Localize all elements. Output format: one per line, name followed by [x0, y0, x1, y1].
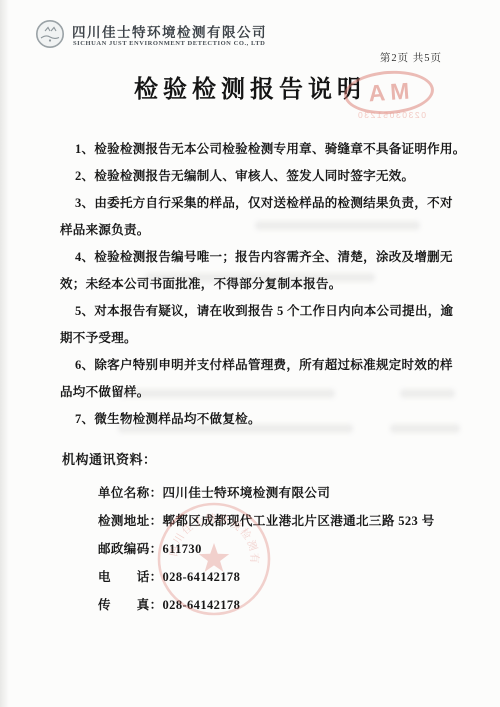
- company-logo-icon: [35, 19, 65, 49]
- scan-smudge: [118, 424, 353, 433]
- note-line: 1、检验检测报告无本公司检验检测专用章、骑缝章不具备证明作用。: [60, 136, 454, 163]
- note-item: 4、检验检测报告编号唯一；报告内容需齐全、清楚，涂改及增删无 效；未经本公司书面…: [60, 244, 454, 298]
- note-line: 2、检验检测报告无编制人、审核人、签发人同时签字无效。: [60, 163, 454, 190]
- scan-smudge: [400, 389, 455, 398]
- note-line: 4、检验检测报告编号唯一；报告内容需齐全、清楚，涂改及增删无: [60, 244, 454, 271]
- seal-star-icon: [199, 543, 229, 572]
- note-line: 5、对本报告有疑议，请在收到报告 5 个工作日内向本公司提出，逾: [60, 298, 454, 325]
- note-item: 3、由委托方自行采集的样品，仅对送检样品的检测结果负责，不对 样品来源负责。: [60, 190, 454, 244]
- note-line: 6、除客户特别申明并支付样品管理费，所有超过标准规定时效的样: [60, 352, 454, 379]
- company-name-en: SICHUAN JUST ENVIRONMENT DETECTION CO., …: [73, 40, 265, 47]
- am-stamp-text: AM: [363, 77, 416, 107]
- note-line: 3、由委托方自行采集的样品，仅对送检样品的检测结果负责，不对: [60, 190, 454, 217]
- report-page: 四川佳士特环境检测有限公司 SICHUAN JUST ENVIRONMENT D…: [0, 0, 500, 707]
- scan-smudge: [255, 221, 420, 230]
- note-item: 2、检验检测报告无编制人、审核人、签发人同时签字无效。: [60, 163, 454, 190]
- contact-label: 单位名称：: [98, 486, 163, 500]
- contact-heading: 机构通讯资料：: [62, 449, 157, 468]
- contact-label: 检测地址：: [98, 514, 163, 528]
- note-item: 5、对本报告有疑议，请在收到报告 5 个工作日内向本公司提出，逾 期不予受理。: [60, 298, 454, 352]
- contact-label: 传 真：: [98, 598, 163, 612]
- company-name-cn: 四川佳士特环境检测有限公司: [72, 21, 267, 41]
- note-line: 期不予受理。: [60, 325, 454, 352]
- scan-smudge: [145, 273, 375, 282]
- company-seal: 四川佳士特环境检测有限公司: [155, 500, 273, 618]
- am-stamp-number: 02303051230: [348, 110, 426, 120]
- scan-edge-shadow: [0, 0, 9, 707]
- page-indicator: 第2页 共5页: [380, 50, 442, 65]
- contact-value: 四川佳士特环境检测有限公司: [163, 486, 331, 500]
- scan-smudge: [120, 389, 335, 398]
- scan-smudge: [390, 424, 460, 433]
- contact-label: 电 话：: [98, 570, 163, 584]
- contact-label: 邮政编码：: [98, 542, 163, 556]
- note-item: 1、检验检测报告无本公司检验检测专用章、骑缝章不具备证明作用。: [60, 136, 454, 163]
